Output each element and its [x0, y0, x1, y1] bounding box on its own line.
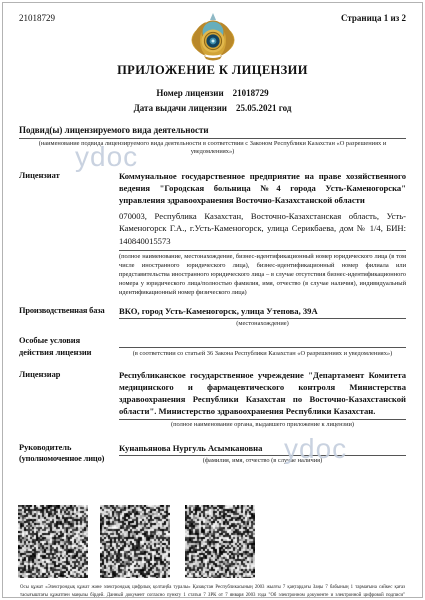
- special-conditions-label-line1: Особые условия: [19, 335, 115, 346]
- issue-date-value: 25.05.2021 год: [236, 103, 291, 113]
- licensor-label: Лицензиар: [19, 369, 119, 380]
- kazakhstan-emblem-icon: [190, 12, 236, 61]
- licensor-section: Лицензиар Республиканское государственно…: [19, 369, 406, 430]
- production-base-label: Производственная база: [19, 305, 119, 316]
- page-title: ПРИЛОЖЕНИЕ К ЛИЦЕНЗИИ: [19, 63, 406, 78]
- special-conditions-label: Особые условия действия лицензии: [19, 335, 119, 358]
- special-conditions-blank-line: [119, 347, 406, 349]
- production-base-value-block: ВКО, город Усть-Каменогорск, улица Утепо…: [119, 305, 406, 329]
- head-section: Руководитель (уполномоченное лицо) Кунап…: [19, 442, 406, 466]
- activity-subtype-heading: Подвид(ы) лицензируемого вида деятельнос…: [19, 125, 406, 139]
- head-label-line2: (уполномоченное лицо): [19, 453, 115, 464]
- licensor-value-block: Республиканское государственное учрежден…: [119, 369, 406, 430]
- license-page: 21018729 Страница 1 из 2 ПРИЛОЖЕНИЕ К ЛИ…: [2, 2, 423, 598]
- special-conditions-label-line2: действия лицензии: [19, 347, 115, 358]
- licensee-address: 070003, Республика Казахстан, Восточно-К…: [119, 210, 406, 247]
- licensee-label: Лицензиат: [19, 170, 119, 181]
- head-value-block: Кунапьянова Нургуль Асымкановна (фамилия…: [119, 442, 406, 466]
- licensee-value-block: Коммунальное государственное предприятие…: [119, 170, 406, 298]
- legal-footer-text: Осы құжат «Электрондық құжат және электр…: [20, 584, 405, 600]
- license-number-value: 21018729: [233, 88, 269, 98]
- production-base-note: (местонахождение): [119, 320, 406, 328]
- licensor-value: Республиканское государственное учрежден…: [119, 369, 406, 421]
- license-number-line: Номер лицензии21018729: [19, 88, 406, 98]
- licensee-section: Лицензиат Коммунальное государственное п…: [19, 170, 406, 298]
- production-base-value: ВКО, город Усть-Каменогорск, улица Утепо…: [119, 305, 406, 319]
- licensor-note: (полное наименование органа, выдавшего п…: [119, 421, 406, 429]
- issue-date-line: Дата выдачи лицензии25.05.2021 год: [19, 103, 406, 113]
- head-label: Руководитель (уполномоченное лицо): [19, 442, 119, 465]
- special-conditions-value-block: (в соответствии со статьей 36 Закона Рес…: [119, 335, 406, 358]
- page-indicator: Страница 1 из 2: [341, 13, 406, 23]
- license-number-label: Номер лицензии: [156, 88, 223, 98]
- activity-subtype-section: Подвид(ы) лицензируемого вида деятельнос…: [19, 125, 406, 157]
- qr-code-row: [18, 505, 255, 578]
- licensee-name: Коммунальное государственное предприятие…: [119, 170, 406, 207]
- head-label-line1: Руководитель: [19, 442, 115, 453]
- qr-code-1: [18, 505, 88, 578]
- special-conditions-note: (в соответствии со статьей 36 Закона Рес…: [119, 350, 406, 358]
- special-conditions-section: Особые условия действия лицензии (в соот…: [19, 335, 406, 358]
- qr-code-3: [185, 505, 255, 578]
- head-note: (фамилия, имя, отчество (в случае наличи…: [119, 457, 406, 465]
- activity-subtype-note: (наименование подвида лицензируемого вид…: [19, 140, 406, 157]
- issue-date-label: Дата выдачи лицензии: [134, 103, 227, 113]
- document-number: 21018729: [19, 13, 55, 23]
- licensee-note: (полное наименование, местонахождение, б…: [119, 250, 406, 298]
- production-base-section: Производственная база ВКО, город Усть-Ка…: [19, 305, 406, 329]
- head-value: Кунапьянова Нургуль Асымкановна: [119, 442, 406, 456]
- qr-code-2: [100, 505, 170, 578]
